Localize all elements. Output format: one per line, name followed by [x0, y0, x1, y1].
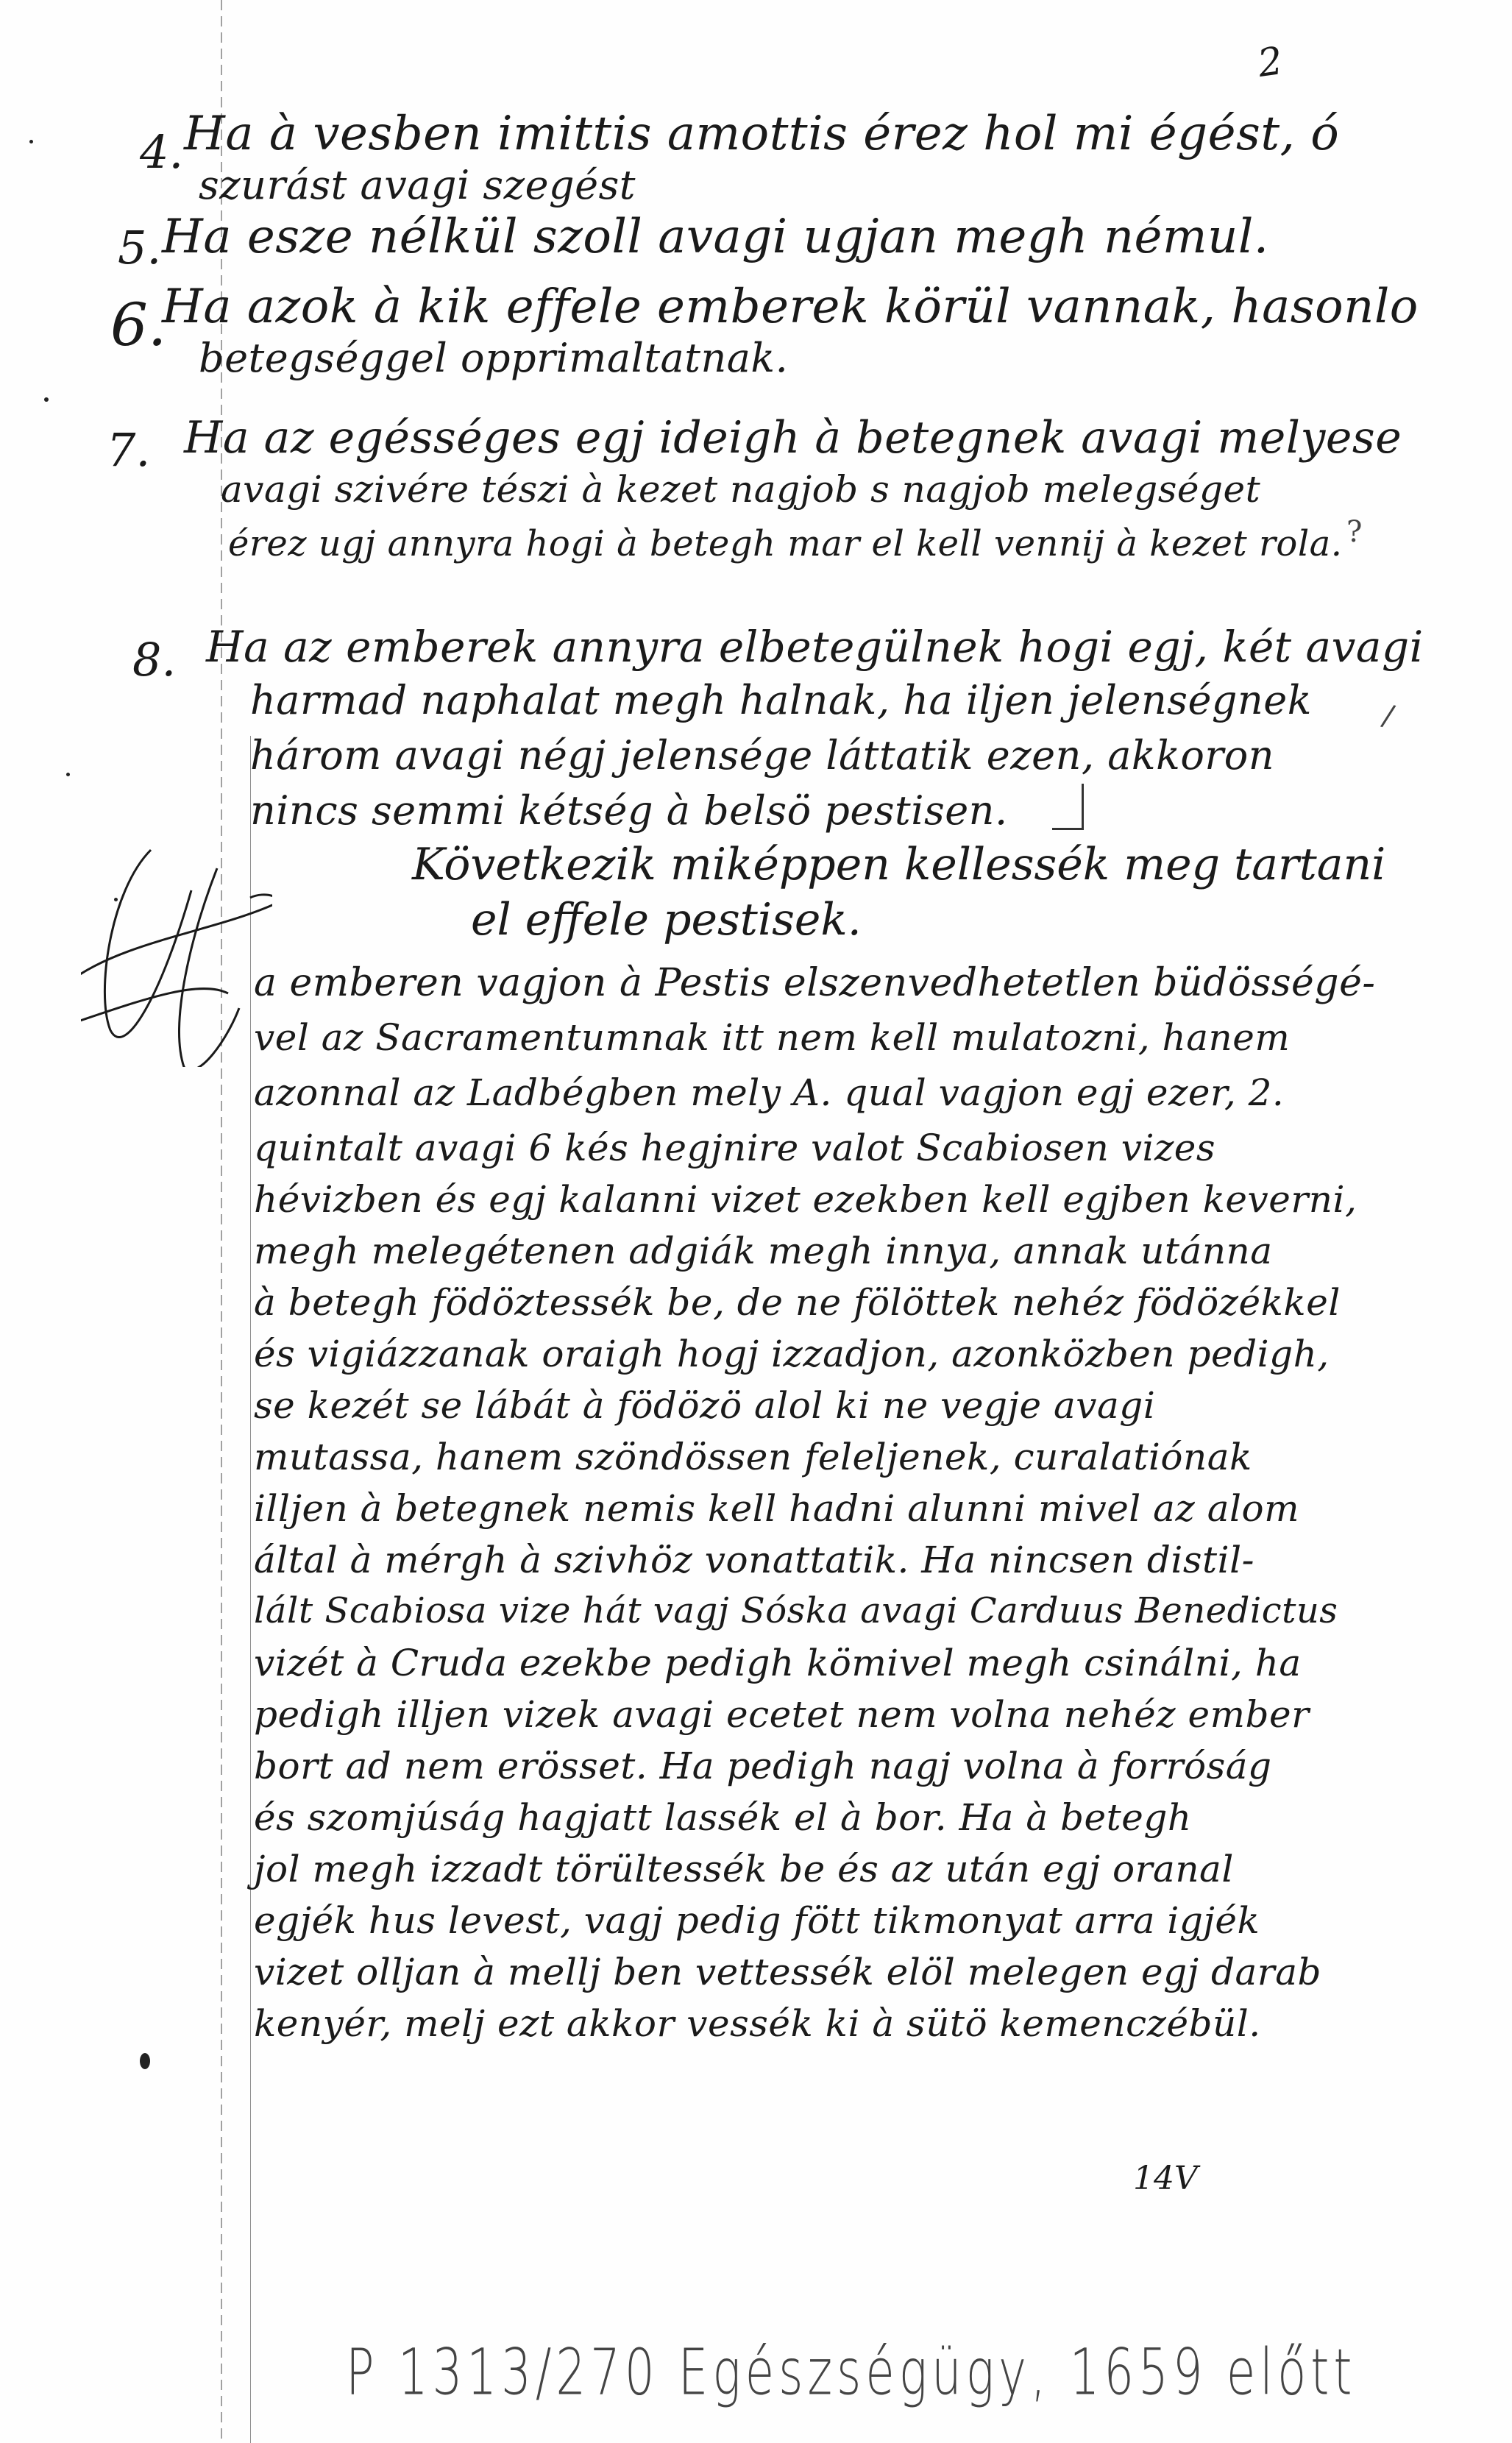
- section-heading-line: Következik miképpen kellessék meg tartan…: [412, 839, 1385, 890]
- manuscript-line: szurást avagi szegést: [199, 166, 636, 205]
- ink-spot: [140, 2053, 150, 2069]
- item-number: 4.: [140, 125, 183, 179]
- margin-mark: ?: [1346, 515, 1362, 549]
- manuscript-line: avagi szivére tészi à kezet nagjob s nag…: [221, 471, 1260, 508]
- archive-reference-note: P 1313/270 Egészségügy, 1659 előtt: [346, 2336, 1356, 2410]
- manuscript-line: érez ugj annyra hogi à betegh mar el kel…: [228, 526, 1343, 561]
- manuscript-line: lált Scabiosa vize hát vagj Sóska avagi …: [254, 1593, 1338, 1628]
- manuscript-line: betegséggel opprimaltatnak.: [199, 338, 788, 378]
- manuscript-line: jol megh izzadt törültessék be és az utá…: [254, 1851, 1234, 1887]
- ink-spot: [44, 397, 49, 402]
- page-number: 2: [1255, 39, 1285, 86]
- manuscript-line: Ha az emberek annyra elbetegülnek hogi e…: [206, 625, 1424, 668]
- section-heading-line: el effele pestisek.: [471, 894, 862, 946]
- manuscript-line: Ha azok à kik effele emberek körül vanna…: [162, 283, 1419, 330]
- manuscript-page: 2 4. Ha à vesben imittis amottis érez ho…: [0, 0, 1512, 2443]
- manuscript-line: vizet olljan à mellj ben vettessék elöl …: [254, 1954, 1321, 1990]
- manuscript-line: vizét à Cruda ezekbe pedigh kömivel megh…: [254, 1645, 1302, 1681]
- manuscript-line: három avagi négj jelensége láttatik ezen…: [250, 736, 1274, 776]
- manuscript-line: vel az Sacramentumnak itt nem kell mulat…: [254, 1019, 1290, 1056]
- manuscript-line: egjék hus levest, vagj pedig fött tikmon…: [254, 1902, 1260, 1939]
- manuscript-line: azonnal az Ladbégben mely A. qual vagjon…: [254, 1074, 1284, 1111]
- manuscript-line: se kezét se lábát à födözö alol ki ne ve…: [254, 1387, 1155, 1424]
- decorative-initial-h-icon: [81, 846, 272, 1067]
- ink-spot: [29, 140, 33, 143]
- manuscript-line: megh melegétenen adgiák megh innya, anna…: [254, 1233, 1273, 1269]
- manuscript-line: által à mérgh à szivhöz vonattatik. Ha n…: [254, 1542, 1254, 1578]
- manuscript-line: a emberen vagjon à Pestis elszenvedhetet…: [254, 964, 1375, 1002]
- manuscript-line: quintalt avagi 6 kés hegjnire valot Scab…: [254, 1130, 1215, 1166]
- closing-bracket: [1052, 784, 1084, 830]
- manuscript-line: bort ad nem erösset. Ha pedigh nagj voln…: [254, 1748, 1272, 1784]
- item-number: 6.: [110, 291, 166, 359]
- item-number: 5.: [118, 221, 161, 274]
- manuscript-line: illjen à betegnek nemis kell hadni alunn…: [254, 1490, 1299, 1527]
- manuscript-line: mutassa, hanem szöndössen feleljenek, cu…: [254, 1439, 1252, 1475]
- manuscript-line: harmad naphalat megh halnak, ha iljen je…: [250, 681, 1312, 720]
- folio-number: 14V: [1133, 2160, 1198, 2197]
- manuscript-line: pedigh illjen vizek avagi ecetet nem vol…: [254, 1696, 1310, 1733]
- manuscript-line: Ha esze nélkül szoll avagi ugjan megh né…: [162, 213, 1269, 260]
- manuscript-line: hévizben és egj kalanni vizet ezekben ke…: [254, 1181, 1357, 1218]
- manuscript-line: és vigiázzanak oraigh hogj izzadjon, azo…: [254, 1336, 1330, 1372]
- item-number: 7.: [107, 423, 150, 477]
- manuscript-line: kenyér, melj ezt akkor vessék ki à sütö …: [254, 2005, 1261, 2042]
- ink-spot: [66, 773, 70, 776]
- manuscript-line: nincs semmi kétség à belsö pestisen.: [250, 791, 1008, 831]
- manuscript-line: és szomjúság hagjatt lassék el à bor. Ha…: [254, 1799, 1192, 1836]
- margin-mark: /: [1379, 698, 1397, 734]
- item-number: 8.: [132, 633, 176, 687]
- manuscript-line: Ha az egésséges egj ideigh à betegnek av…: [184, 416, 1402, 460]
- manuscript-line: à betegh födöztessék be, de ne fölöttek …: [254, 1284, 1341, 1321]
- ink-spot: [114, 898, 118, 901]
- manuscript-line: Ha à vesben imittis amottis érez hol mi …: [184, 110, 1339, 157]
